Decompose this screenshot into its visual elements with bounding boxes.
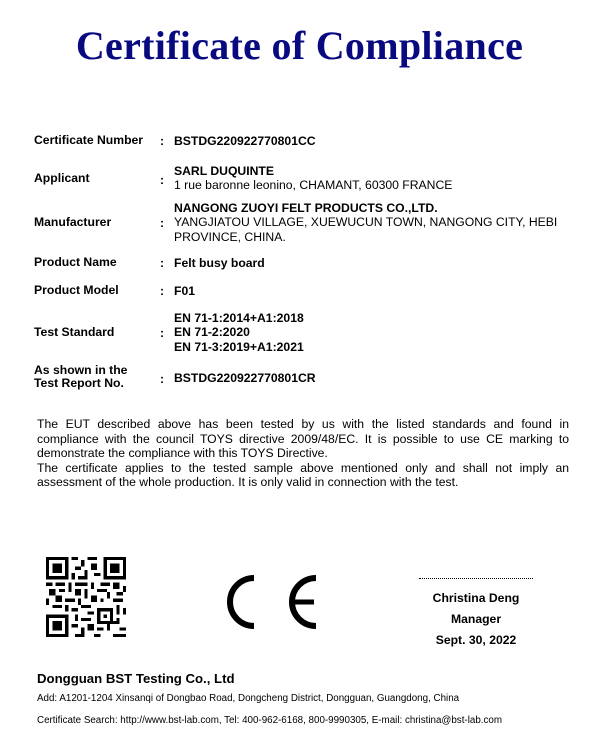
manufacturer-address-line2: PROVINCE, CHINA. xyxy=(174,230,286,245)
colon: : xyxy=(160,173,164,187)
signature-date: Sept. 30, 2022 xyxy=(417,633,535,647)
manufacturer-label: Manufacturer xyxy=(34,216,111,229)
statement-paragraph-1: The EUT described above has been tested … xyxy=(37,417,569,461)
statement-paragraph-2: The certificate applies to the tested sa… xyxy=(37,461,569,490)
applicant-name: SARL DUQUINTE xyxy=(174,164,274,179)
qr-code-icon xyxy=(46,557,126,637)
test-standard-1: EN 71-1:2014+A1:2018 xyxy=(174,311,304,326)
colon: : xyxy=(160,326,164,340)
certificate-number-label: Certificate Number xyxy=(34,134,143,147)
applicant-address: 1 rue baronne leonino, CHAMANT, 60300 FR… xyxy=(174,178,452,193)
signature-line xyxy=(419,578,533,579)
page-title: Certificate of Compliance xyxy=(0,22,599,69)
product-name-label: Product Name xyxy=(34,256,117,269)
issuer-contact: Certificate Search: http://www.bst-lab.c… xyxy=(37,715,502,726)
colon: : xyxy=(160,134,164,148)
signature-block: Christina Deng Manager Sept. 30, 2022 xyxy=(417,570,535,654)
test-standard-2: EN 71-2:2020 xyxy=(174,325,250,340)
issuer-address: Add: A1201-1204 Xinsanqi of Dongbao Road… xyxy=(37,693,459,704)
manufacturer-name: NANGONG ZUOYI FELT PRODUCTS CO.,LTD. xyxy=(174,201,438,216)
ce-mark-icon xyxy=(224,572,324,632)
colon: : xyxy=(160,256,164,270)
test-report-label-line2: Test Report No. xyxy=(34,377,124,390)
product-name-value: Felt busy board xyxy=(174,256,265,271)
colon: : xyxy=(160,284,164,298)
test-standard-3: EN 71-3:2019+A1:2021 xyxy=(174,340,304,355)
manufacturer-address-line1: YANGJIATOU VILLAGE, XUEWUCUN TOWN, NANGO… xyxy=(174,215,557,230)
compliance-statement: The EUT described above has been tested … xyxy=(37,417,569,490)
signatory-role: Manager xyxy=(417,612,535,626)
colon: : xyxy=(160,216,164,230)
test-report-value: BSTDG220922770801CR xyxy=(174,371,316,386)
colon: : xyxy=(160,372,164,386)
test-standard-label: Test Standard xyxy=(34,326,114,339)
issuer-company: Dongguan BST Testing Co., Ltd xyxy=(37,671,235,686)
product-model-value: F01 xyxy=(174,284,195,299)
applicant-label: Applicant xyxy=(34,172,90,185)
signatory-name: Christina Deng xyxy=(417,591,535,605)
product-model-label: Product Model xyxy=(34,284,119,297)
certificate-number-value: BSTDG220922770801CC xyxy=(174,134,316,149)
